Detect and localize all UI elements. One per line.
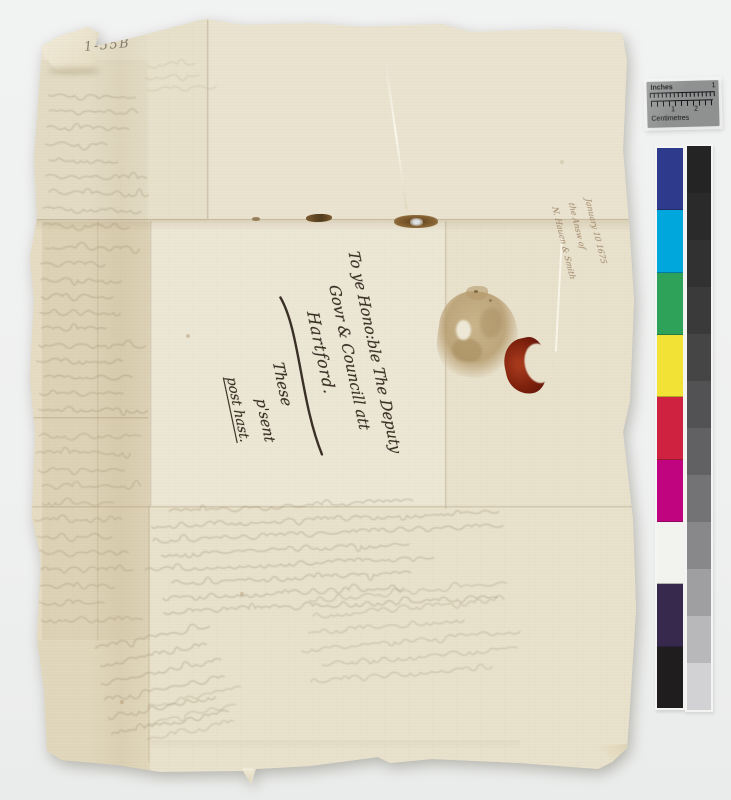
address-line: These	[245, 250, 320, 517]
seal-stain-mottle	[480, 308, 502, 338]
showthrough-line	[147, 718, 235, 743]
address-text: To ye Hono:ble The Deputy Govr & Council…	[188, 217, 412, 519]
showthrough-line	[40, 309, 121, 315]
paper-region-right	[445, 222, 635, 506]
seal-stain-mottle	[452, 338, 482, 362]
showthrough-line	[48, 94, 135, 102]
showthrough-line	[107, 694, 216, 721]
horizontal-fold-crease	[150, 740, 520, 750]
showthrough-line	[100, 655, 222, 686]
paper-left-edge-highlight	[30, 222, 42, 762]
showthrough-line	[40, 583, 115, 589]
showthrough-line	[313, 595, 505, 621]
diagonal-crease	[385, 61, 408, 210]
gray-step-5	[687, 381, 711, 428]
inch-tick-number: 1	[712, 82, 716, 89]
foxing-spot	[186, 334, 190, 338]
vertical-fold-crease	[147, 506, 150, 762]
color-patch-1	[657, 210, 683, 272]
crease-stain	[252, 217, 260, 221]
gray-step-6	[687, 428, 711, 475]
gray-step-8	[687, 522, 711, 569]
showthrough-writing-4	[296, 571, 559, 691]
showthrough-line	[49, 158, 118, 164]
scale-ruler-card: Inches 1 1 2 Centimetres	[643, 77, 722, 131]
showthrough-line	[39, 339, 146, 348]
paper-region-upper-left	[33, 60, 148, 222]
corner-flap-shadow	[48, 68, 100, 74]
showthrough-line	[147, 685, 242, 709]
docket-annotation: January 10 1675 the Answ of N. Hauen & S…	[540, 205, 630, 317]
showthrough-line	[45, 242, 140, 253]
showthrough-line	[49, 107, 138, 116]
address-panel	[150, 222, 445, 506]
address-line: Govr & Councill att	[312, 223, 387, 490]
color-patch-4	[657, 397, 683, 459]
vertical-fold-crease	[149, 221, 152, 506]
showthrough-line	[162, 582, 404, 601]
ink-speck	[489, 299, 492, 302]
paper-region-bottom	[150, 506, 636, 770]
showthrough-writing-3	[140, 489, 535, 621]
showthrough-line	[37, 534, 113, 542]
paper-region-bottom-left	[30, 640, 150, 770]
showthrough-line	[41, 324, 106, 332]
inch-tick-marks	[650, 91, 715, 98]
showthrough-line	[147, 59, 195, 68]
showthrough-line	[42, 222, 129, 232]
color-patch-0	[657, 148, 683, 210]
showthrough-line	[171, 568, 411, 589]
showthrough-line	[145, 553, 434, 573]
gray-step-10	[687, 616, 711, 663]
showthrough-line	[42, 498, 114, 506]
showthrough-writing-7	[141, 56, 215, 96]
vertical-fold-crease	[206, 19, 209, 219]
showthrough-line	[308, 617, 465, 636]
showthrough-line	[45, 141, 107, 150]
vertical-fold-crease	[96, 221, 99, 641]
red-wax-seal-fragment	[500, 334, 553, 398]
docket-text: January 10 1675 the Answ of N. Hauen & S…	[546, 197, 624, 326]
color-patch-8	[657, 647, 683, 708]
gray-step-11	[687, 663, 711, 710]
color-patch-3	[657, 335, 683, 397]
color-patch-7	[657, 584, 683, 646]
showthrough-writing-2	[34, 428, 136, 628]
crease-stain	[306, 214, 332, 223]
crease-stain	[394, 215, 438, 228]
showthrough-line	[147, 702, 237, 728]
gray-step-1	[687, 193, 711, 240]
showthrough-writing-1	[35, 240, 147, 419]
gray-step-4	[687, 334, 711, 381]
showthrough-line	[44, 375, 133, 380]
address-line: post hast.	[201, 276, 274, 543]
vertical-fold-crease	[444, 221, 447, 509]
showthrough-line	[145, 73, 200, 82]
paper-region-upper	[207, 18, 625, 222]
address-line: p'sent	[228, 287, 301, 554]
showthrough-writing-6	[138, 680, 246, 748]
showthrough-line	[301, 629, 520, 655]
docket-line: the Answ of	[562, 202, 608, 319]
showthrough-line	[100, 642, 208, 668]
small-stain	[466, 286, 488, 300]
showthrough-line	[35, 566, 134, 573]
showthrough-line	[147, 84, 216, 93]
color-patch-6	[657, 522, 683, 584]
address-line: To ye Hono:ble The Deputy	[337, 218, 412, 485]
grayscale-step-column	[687, 146, 711, 710]
showthrough-line	[38, 468, 125, 475]
cm-tick-marks	[651, 99, 713, 107]
showthrough-writing-0	[40, 87, 148, 236]
gray-step-3	[687, 287, 711, 334]
docket-line: January 10 1675	[578, 198, 624, 315]
showthrough-line	[36, 550, 128, 556]
torn-corner-flap	[0, 0, 110, 90]
catalog-number: 1-55B	[83, 36, 130, 55]
showthrough-line	[36, 358, 122, 364]
showthrough-line	[49, 187, 149, 197]
showthrough-line	[36, 600, 105, 606]
showthrough-line	[311, 663, 493, 685]
showthrough-line	[151, 508, 499, 531]
crease-highlight	[555, 232, 563, 352]
showthrough-line	[43, 206, 142, 214]
bottom-right-corner-fold	[596, 742, 632, 770]
docket-line: N. Hauen & Smith	[546, 207, 592, 324]
cm-tick-number: 1	[671, 106, 675, 113]
foxing-spot	[240, 592, 244, 596]
showthrough-line	[40, 261, 105, 267]
showthrough-line	[153, 521, 504, 544]
horizontal-fold-crease	[30, 416, 148, 419]
gray-step-2	[687, 240, 711, 287]
color-patch-5	[657, 460, 683, 522]
showthrough-line	[45, 170, 146, 180]
showthrough-line	[46, 123, 129, 132]
horizontal-fold-crease	[33, 218, 629, 221]
centimetres-label: Centimetres	[651, 115, 689, 123]
foxing-spot	[120, 700, 124, 704]
showthrough-line	[309, 578, 507, 603]
address-line: Hartford.	[284, 219, 360, 486]
paper-folded-edge-strip	[30, 222, 150, 762]
showthrough-line	[169, 496, 413, 515]
foxing-spot	[560, 160, 564, 164]
showthrough-line	[41, 294, 113, 301]
bottom-edge-tear-flap	[241, 768, 255, 785]
inches-label: Inches	[650, 84, 672, 92]
seal-stain-void	[456, 320, 471, 340]
pen-flourish	[277, 290, 328, 460]
showthrough-line	[39, 390, 123, 396]
showthrough-line	[34, 515, 122, 522]
showthrough-line	[110, 707, 229, 738]
ink-speck	[474, 290, 478, 293]
showthrough-line	[41, 617, 143, 623]
showthrough-line	[39, 434, 141, 441]
showthrough-line	[322, 645, 518, 668]
gray-step-0	[687, 146, 711, 193]
showthrough-line	[161, 541, 409, 560]
color-patch-2	[657, 273, 683, 335]
showthrough-line	[41, 278, 122, 286]
gray-step-7	[687, 475, 711, 522]
seal-stain	[432, 287, 523, 383]
address-block: To ye Hono:ble The Deputy Govr & Council…	[150, 225, 450, 510]
color-patch-column	[657, 148, 683, 708]
showthrough-line	[38, 406, 148, 415]
paper-edge-shading	[0, 0, 731, 800]
cm-tick-number: 2	[694, 106, 698, 113]
showthrough-line	[163, 593, 498, 616]
scale-ruler-face: Inches 1 1 2 Centimetres	[646, 80, 719, 128]
showthrough-line	[104, 674, 226, 704]
showthrough-line	[94, 621, 211, 654]
showthrough-line	[42, 481, 141, 489]
horizontal-fold-shadow	[33, 221, 629, 231]
showthrough-writing-5	[87, 617, 233, 744]
letter-paper-verso: 1-55B To ye Hono:ble The Deputy Govr & C…	[0, 0, 731, 800]
letter-paper-wrap: 1-55B To ye Hono:ble The Deputy Govr & C…	[0, 0, 731, 800]
paper-region-upper-mid	[96, 20, 207, 222]
gray-step-9	[687, 569, 711, 616]
showthrough-line	[36, 447, 131, 458]
horizontal-fold-crease	[30, 505, 636, 508]
archival-photo-stage: 1-55B To ye Hono:ble The Deputy Govr & C…	[0, 0, 731, 800]
crease-stain-shine	[410, 218, 423, 226]
